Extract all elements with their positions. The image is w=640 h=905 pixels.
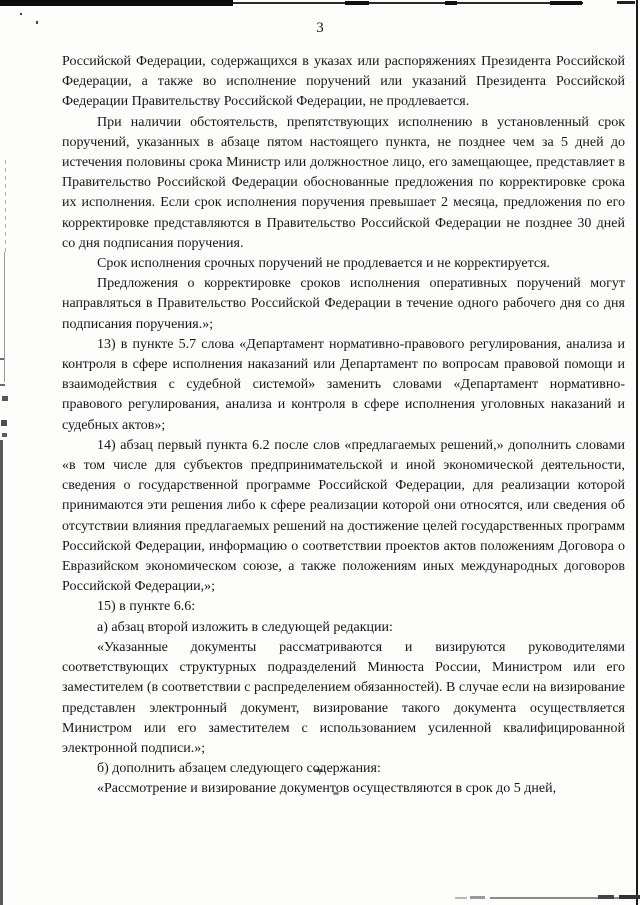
page-number: 3: [0, 20, 640, 37]
scan-artifact-left-border-bar: [0, 440, 3, 905]
scan-artifact-speck: [20, 13, 22, 15]
paragraph-item-15: 15) в пункте 6.6:: [62, 597, 625, 617]
scan-artifact-left-tick: [0, 384, 5, 386]
scan-artifact-right-border: [636, 0, 638, 905]
scan-artifact-top-dash: [445, 1, 457, 5]
scan-artifact-top-line: [233, 2, 583, 4]
scan-artifact-bottom-dash: [455, 897, 467, 899]
scan-artifact-bottom-mark: [619, 895, 640, 899]
scan-artifact-top-dash: [617, 1, 635, 4]
paragraph: «Рассмотрение и визирование документов о…: [62, 779, 625, 799]
paragraph: «Указанные документы рассматриваются и в…: [62, 638, 625, 759]
scan-artifact-left-line: [4, 252, 5, 382]
paragraph: При наличии обстоятельств, препятствующи…: [62, 113, 625, 254]
paragraph-item-13: 13) в пункте 5.7 слова «Департамент норм…: [62, 335, 625, 436]
paragraph-item-14: 14) абзац первый пункта 6.2 после слов «…: [62, 436, 625, 598]
scan-artifact-left-tick: [1, 420, 7, 426]
paragraph: Предложения о корректировке сроков испол…: [62, 274, 625, 335]
document-text: Российской Федерации, содержащихся в ука…: [62, 52, 625, 800]
paragraph: Срок исполнения срочных поручений не про…: [62, 254, 625, 274]
scan-artifact-top-dash: [345, 1, 369, 5]
scan-artifact-bottom-line: [490, 897, 640, 899]
scan-artifact-left-dotted-line: [5, 160, 6, 252]
paragraph-subitem-a: а) абзац второй изложить в следующей ред…: [62, 618, 625, 638]
scan-artifact-left-tick: [0, 358, 4, 360]
scan-artifact-bottom-mark: [598, 895, 614, 899]
paragraph-subitem-b: б) дополнить абзацем следующего содержан…: [62, 759, 625, 779]
scan-artifact-left-tick: [2, 396, 8, 401]
scan-artifact-top-dash: [550, 1, 582, 5]
scan-artifact-bottom-dash: [470, 896, 485, 899]
scan-artifact-top-bar: [0, 0, 233, 6]
paragraph: Российской Федерации, содержащихся в ука…: [62, 52, 625, 113]
scan-artifact-left-tick: [2, 433, 7, 437]
